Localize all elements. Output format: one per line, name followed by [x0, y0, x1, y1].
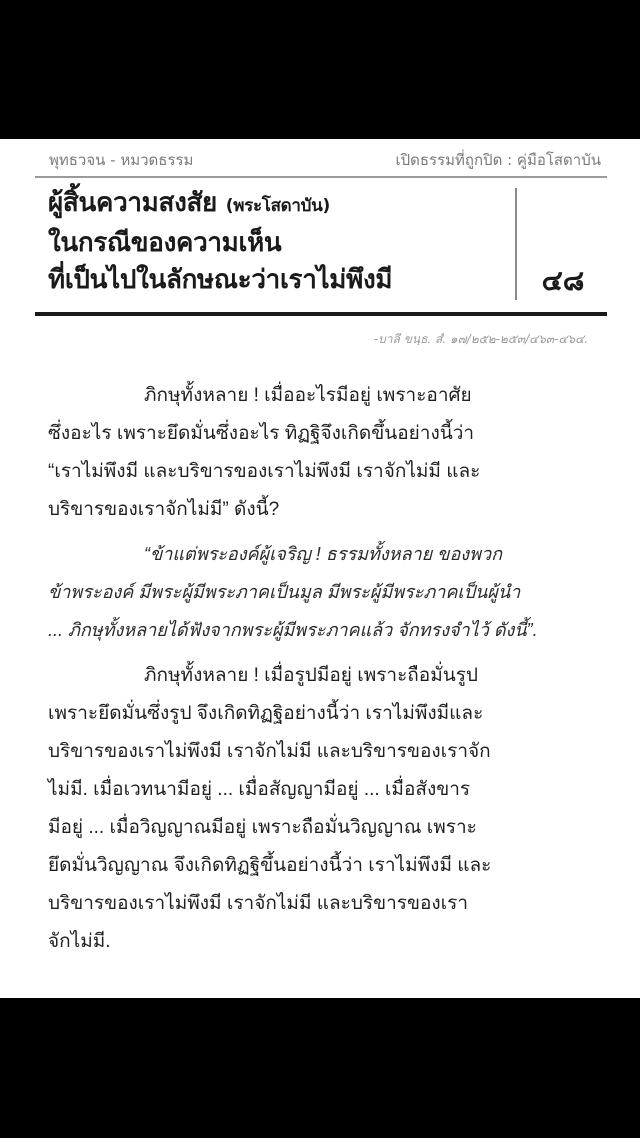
text-line: จักไม่มี.: [48, 923, 563, 961]
text-line: ยึดมั่นวิญญาณ จึงเกิดทิฏฐิขึ้นอย่างนี้ว่…: [48, 847, 563, 885]
title-number-separator: [515, 188, 517, 300]
chapter-title: ผู้สิ้นความสงสัย (พระโสดาบัน) ในกรณีของค…: [48, 185, 508, 299]
text-line: ภิกษุทั้งหลาย ! เมื่ออะไรมีอยู่ เพราะอาศ…: [48, 377, 563, 415]
text-line: “ข้าแต่พระองค์ผู้เจริญ ! ธรรมทั้งหลาย ขอ…: [48, 535, 563, 573]
text-line: เพราะยึดมั่นซึ่งรูป จึงเกิดทิฏฐิอย่างนี้…: [48, 695, 563, 733]
text-line: ซึ่งอะไร เพราะยึดมั่นซึ่งอะไร ทิฏฐิจึงเก…: [48, 415, 563, 453]
chapter-number: ๔๘: [528, 263, 598, 299]
title-line-1-paren: (พระโสดาบัน): [226, 196, 330, 216]
body-text: ภิกษุทั้งหลาย ! เมื่ออะไรมีอยู่ เพราะอาศ…: [48, 377, 563, 965]
text-line: ข้าพระองค์ มีพระผู้มีพระภาคเป็นมูล มีพระ…: [48, 573, 563, 611]
title-line-3: ที่เป็นไปในลักษณะว่าเราไม่พึงมี: [48, 262, 508, 299]
title-line-1-main: ผู้สิ้นความสงสัย: [48, 188, 226, 218]
text-line: บริขารของเราไม่พึงมี เราจักไม่มี และบริข…: [48, 885, 563, 923]
text-line: บริขารของเราจักไม่มี” ดังนี้?: [48, 491, 563, 529]
title-line-1: ผู้สิ้นความสงสัย (พระโสดาบัน): [48, 185, 508, 225]
text-line: “เราไม่พึงมี และบริขารของเราไม่พึงมี เรา…: [48, 453, 563, 491]
book-title-label: เปิดธรรมที่ถูกปิด : คู่มือโสดาบัน: [395, 147, 601, 173]
title-line-2: ในกรณีของความเห็น: [48, 225, 508, 262]
book-section-label: พุทธวจน - หมวดธรรม: [49, 147, 193, 173]
text-line: ไม่มี. เมื่อเวทนามีอยู่ ... เมื่อสัญญามี…: [48, 771, 563, 809]
text-line: มีอยู่ ... เมื่อวิญญาณมีอยู่ เพราะถือมั่…: [48, 809, 563, 847]
document-page: พุทธวจน - หมวดธรรม เปิดธรรมที่ถูกปิด : ค…: [0, 139, 640, 998]
text-line: ภิกษุทั้งหลาย ! เมื่อรูปมีอยู่ เพราะถือม…: [48, 657, 563, 695]
pali-reference: -บาลี ขนฺธ. สํ. ๑๗/๒๕๒-๒๕๓/๔๖๓-๔๖๔.: [374, 329, 588, 349]
paragraph-2: ภิกษุทั้งหลาย ! เมื่อรูปมีอยู่ เพราะถือม…: [48, 657, 563, 961]
paragraph-1: ภิกษุทั้งหลาย ! เมื่ออะไรมีอยู่ เพราะอาศ…: [48, 377, 563, 529]
title-divider: [35, 312, 607, 316]
text-line: ... ภิกษุทั้งหลายได้ฟังจากพระผู้มีพระภาค…: [48, 611, 563, 649]
text-line: บริขารของเราไม่พึงมี เราจักไม่มี และบริข…: [48, 733, 563, 771]
header-divider: [35, 176, 607, 178]
running-head: พุทธวจน - หมวดธรรม เปิดธรรมที่ถูกปิด : ค…: [35, 147, 607, 173]
quoted-answer: “ข้าแต่พระองค์ผู้เจริญ ! ธรรมทั้งหลาย ขอ…: [48, 535, 563, 649]
